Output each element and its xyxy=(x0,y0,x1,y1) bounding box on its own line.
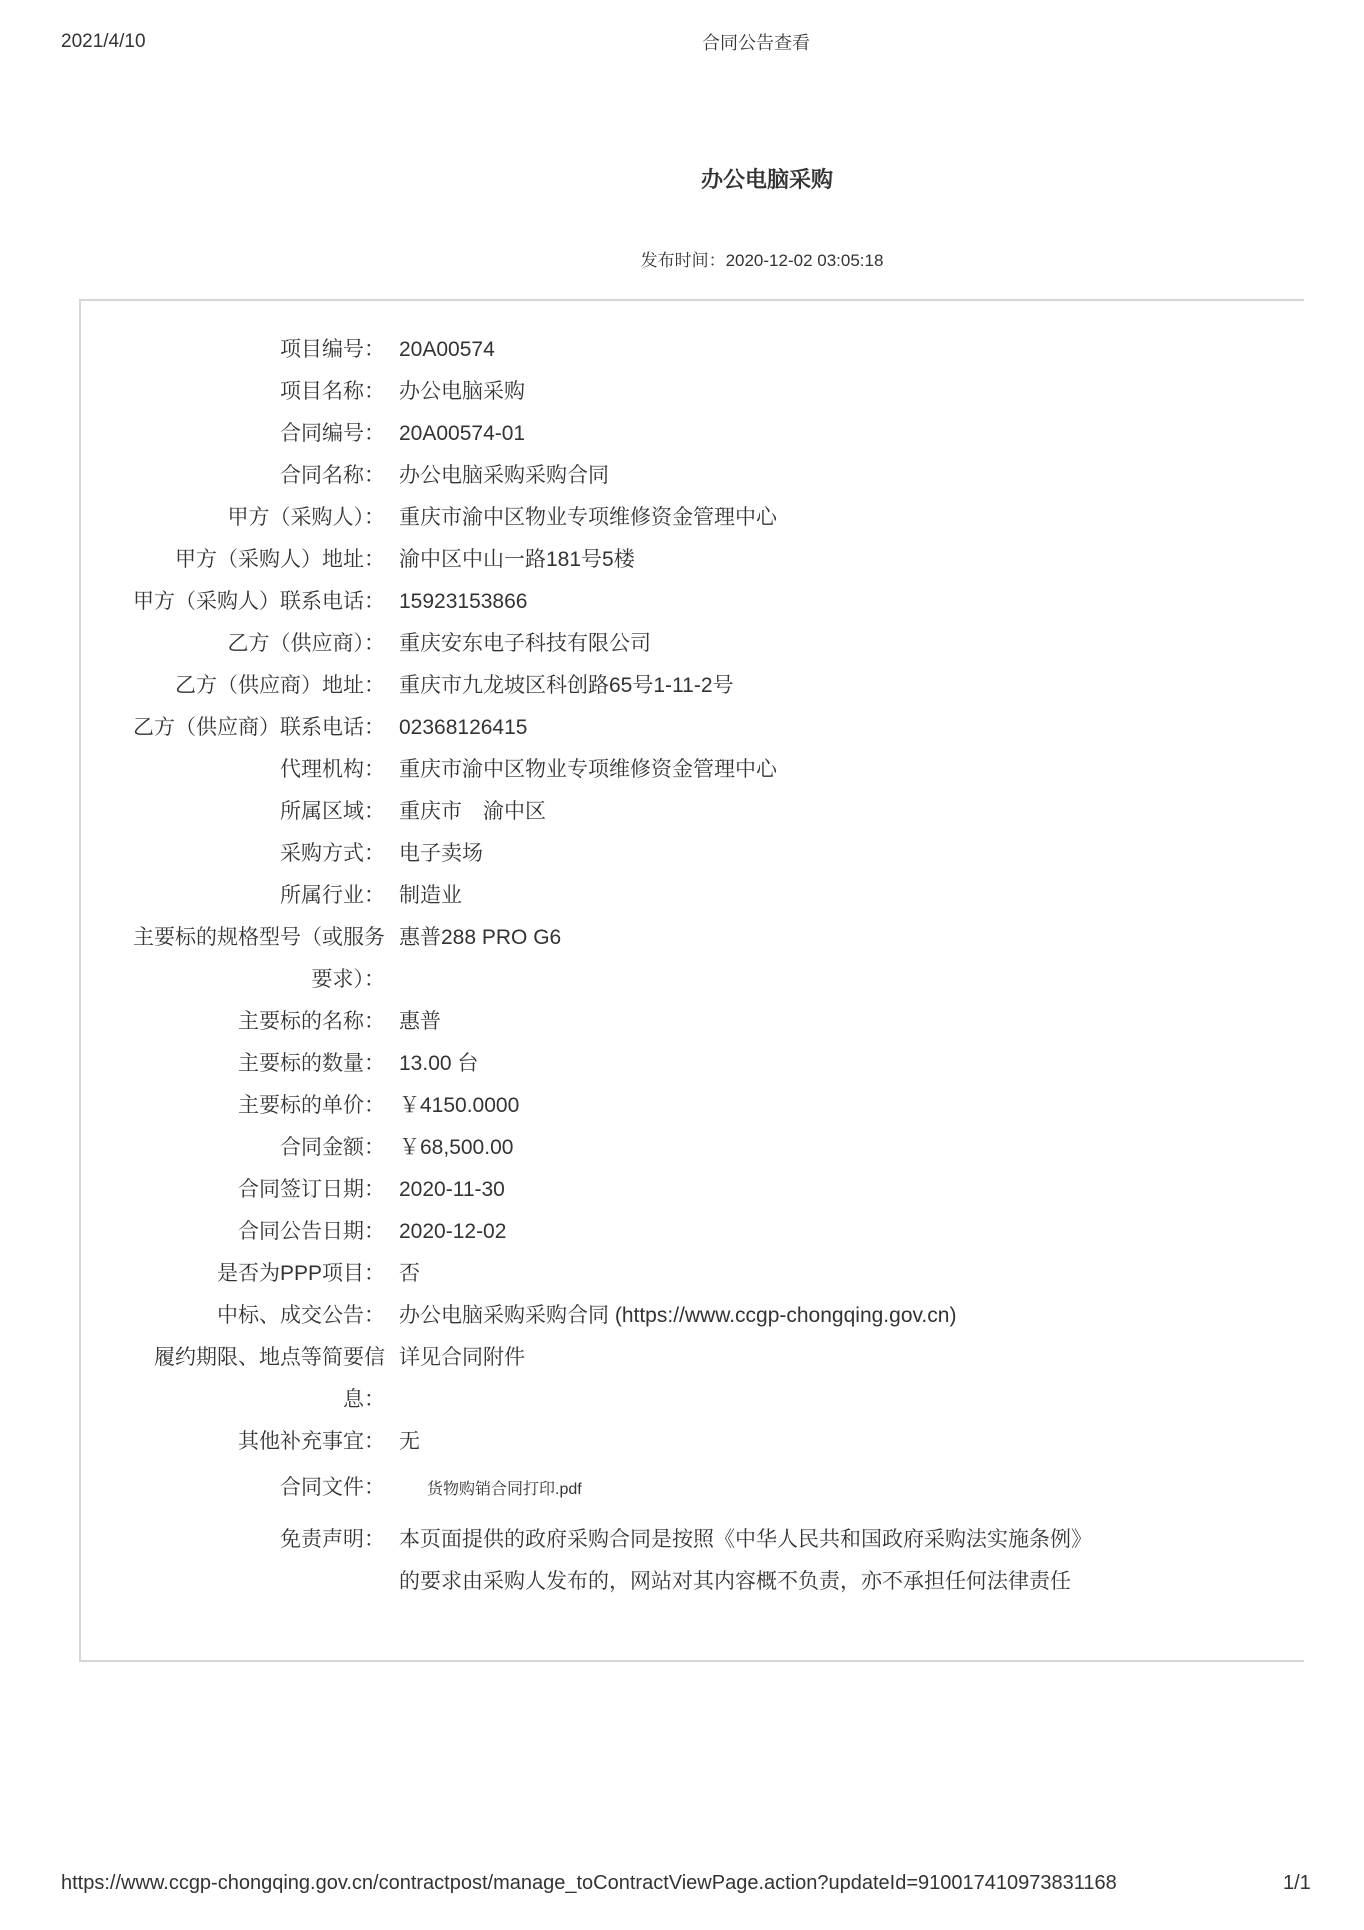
row-value: 2020-11-30 xyxy=(385,1169,1304,1211)
row-value: 办公电脑采购采购合同 (https://www.ccgp-chongqing.g… xyxy=(385,1295,1304,1337)
row-value: 无 xyxy=(385,1421,1304,1463)
contract-row: 是否为PPP项目：否 xyxy=(81,1253,1304,1295)
row-value: 重庆市九龙坡区科创路65号1-11-2号 xyxy=(385,665,1304,707)
contract-row: 主要标的单价：￥4150.0000 xyxy=(81,1085,1304,1127)
print-footer-page-indicator: 1/1 xyxy=(1283,1872,1311,1895)
row-value: 15923153866 xyxy=(385,581,1304,623)
row-label: 主要标的名称： xyxy=(81,1001,385,1043)
print-header-doc-name: 合同公告查看 xyxy=(702,29,810,55)
row-value: 办公电脑采购采购合同 xyxy=(385,455,1304,497)
contract-row: 其他补充事宜：无 xyxy=(81,1421,1304,1463)
contract-row: 乙方（供应商）：重庆安东电子科技有限公司 xyxy=(81,623,1304,665)
row-label: 乙方（供应商）地址： xyxy=(81,665,385,707)
row-value: 否 xyxy=(385,1253,1304,1295)
contract-row: 主要标的规格型号（或服务 要求）：惠普288 PRO G6 xyxy=(81,917,1304,1001)
row-label: 乙方（供应商）： xyxy=(81,623,385,665)
contract-row: 合同签订日期：2020-11-30 xyxy=(81,1169,1304,1211)
contract-row: 合同文件：货物购销合同打印.pdf xyxy=(81,1463,1304,1519)
row-value: 2020-12-02 xyxy=(385,1211,1304,1253)
row-label: 甲方（采购人）地址： xyxy=(81,539,385,581)
row-label: 甲方（采购人）联系电话： xyxy=(81,581,385,623)
contract-row: 合同金额：￥68,500.00 xyxy=(81,1127,1304,1169)
row-value: 本页面提供的政府采购合同是按照《中华人民共和国政府采购法实施条例》 的要求由采购… xyxy=(385,1519,1304,1603)
contract-row: 所属区域：重庆市 渝中区 xyxy=(81,791,1304,833)
row-value: 重庆市 渝中区 xyxy=(385,791,1304,833)
contract-row: 所属行业：制造业 xyxy=(81,875,1304,917)
contract-detail-box: 项目编号：20A00574项目名称：办公电脑采购合同编号：20A00574-01… xyxy=(79,299,1304,1662)
row-label: 合同文件： xyxy=(81,1463,385,1519)
contract-row: 合同公告日期：2020-12-02 xyxy=(81,1211,1304,1253)
row-label: 所属区域： xyxy=(81,791,385,833)
row-label: 项目名称： xyxy=(81,371,385,413)
row-value: 详见合同附件 xyxy=(385,1337,1304,1421)
row-value: 渝中区中山一路181号5楼 xyxy=(385,539,1304,581)
row-label: 代理机构： xyxy=(81,749,385,791)
page-title: 办公电脑采购 xyxy=(701,163,833,194)
row-label: 乙方（供应商）联系电话： xyxy=(81,707,385,749)
row-label: 是否为PPP项目： xyxy=(81,1253,385,1295)
print-header-date: 2021/4/10 xyxy=(61,31,146,53)
row-value: ￥68,500.00 xyxy=(385,1127,1304,1169)
publish-time: 发布时间：2020-12-02 03:05:18 xyxy=(641,246,884,271)
contract-row: 甲方（采购人）：重庆市渝中区物业专项维修资金管理中心 xyxy=(81,497,1304,539)
row-value: 办公电脑采购 xyxy=(385,371,1304,413)
row-label: 合同名称： xyxy=(81,455,385,497)
row-value: 重庆市渝中区物业专项维修资金管理中心 xyxy=(385,749,1304,791)
row-label: 所属行业： xyxy=(81,875,385,917)
contract-row: 项目编号：20A00574 xyxy=(81,329,1304,371)
row-label: 免责声明： xyxy=(81,1519,385,1603)
row-label: 中标、成交公告： xyxy=(81,1295,385,1337)
contract-detail-table: 项目编号：20A00574项目名称：办公电脑采购合同编号：20A00574-01… xyxy=(81,329,1304,1603)
contract-row: 合同名称：办公电脑采购采购合同 xyxy=(81,455,1304,497)
contract-row: 合同编号：20A00574-01 xyxy=(81,413,1304,455)
row-value: 惠普 xyxy=(385,1001,1304,1043)
row-value: 13.00 台 xyxy=(385,1043,1304,1085)
row-label: 主要标的规格型号（或服务 要求）： xyxy=(81,917,385,1001)
row-label: 甲方（采购人）： xyxy=(81,497,385,539)
contract-row: 主要标的数量：13.00 台 xyxy=(81,1043,1304,1085)
contract-row: 代理机构：重庆市渝中区物业专项维修资金管理中心 xyxy=(81,749,1304,791)
row-value: 制造业 xyxy=(385,875,1304,917)
contract-row: 主要标的名称：惠普 xyxy=(81,1001,1304,1043)
row-value: 重庆市渝中区物业专项维修资金管理中心 xyxy=(385,497,1304,539)
contract-row: 采购方式：电子卖场 xyxy=(81,833,1304,875)
contract-row: 履约期限、地点等简要信 息：详见合同附件 xyxy=(81,1337,1304,1421)
row-label: 采购方式： xyxy=(81,833,385,875)
row-label: 项目编号： xyxy=(81,329,385,371)
contract-row: 甲方（采购人）地址：渝中区中山一路181号5楼 xyxy=(81,539,1304,581)
row-label: 合同签订日期： xyxy=(81,1169,385,1211)
row-value: 重庆安东电子科技有限公司 xyxy=(385,623,1304,665)
print-footer-url: https://www.ccgp-chongqing.gov.cn/contra… xyxy=(61,1872,1117,1895)
row-value: 02368126415 xyxy=(385,707,1304,749)
row-label: 合同公告日期： xyxy=(81,1211,385,1253)
row-label: 合同编号： xyxy=(81,413,385,455)
row-value: 20A00574 xyxy=(385,329,1304,371)
row-value: 20A00574-01 xyxy=(385,413,1304,455)
row-value: 货物购销合同打印.pdf xyxy=(385,1463,1304,1519)
row-label: 其他补充事宜： xyxy=(81,1421,385,1463)
row-label: 主要标的数量： xyxy=(81,1043,385,1085)
row-value: 电子卖场 xyxy=(385,833,1304,875)
row-label: 合同金额： xyxy=(81,1127,385,1169)
contract-table-body: 项目编号：20A00574项目名称：办公电脑采购合同编号：20A00574-01… xyxy=(81,329,1304,1603)
contract-row: 中标、成交公告：办公电脑采购采购合同 (https://www.ccgp-cho… xyxy=(81,1295,1304,1337)
contract-row: 乙方（供应商）地址：重庆市九龙坡区科创路65号1-11-2号 xyxy=(81,665,1304,707)
row-value: ￥4150.0000 xyxy=(385,1085,1304,1127)
contract-row: 免责声明：本页面提供的政府采购合同是按照《中华人民共和国政府采购法实施条例》 的… xyxy=(81,1519,1304,1603)
contract-file-link[interactable]: 货物购销合同打印.pdf xyxy=(399,1475,582,1505)
row-label: 履约期限、地点等简要信 息： xyxy=(81,1337,385,1421)
contract-row: 项目名称：办公电脑采购 xyxy=(81,371,1304,413)
contract-row: 乙方（供应商）联系电话：02368126415 xyxy=(81,707,1304,749)
row-value: 惠普288 PRO G6 xyxy=(385,917,1304,1001)
contract-row: 甲方（采购人）联系电话：15923153866 xyxy=(81,581,1304,623)
row-label: 主要标的单价： xyxy=(81,1085,385,1127)
